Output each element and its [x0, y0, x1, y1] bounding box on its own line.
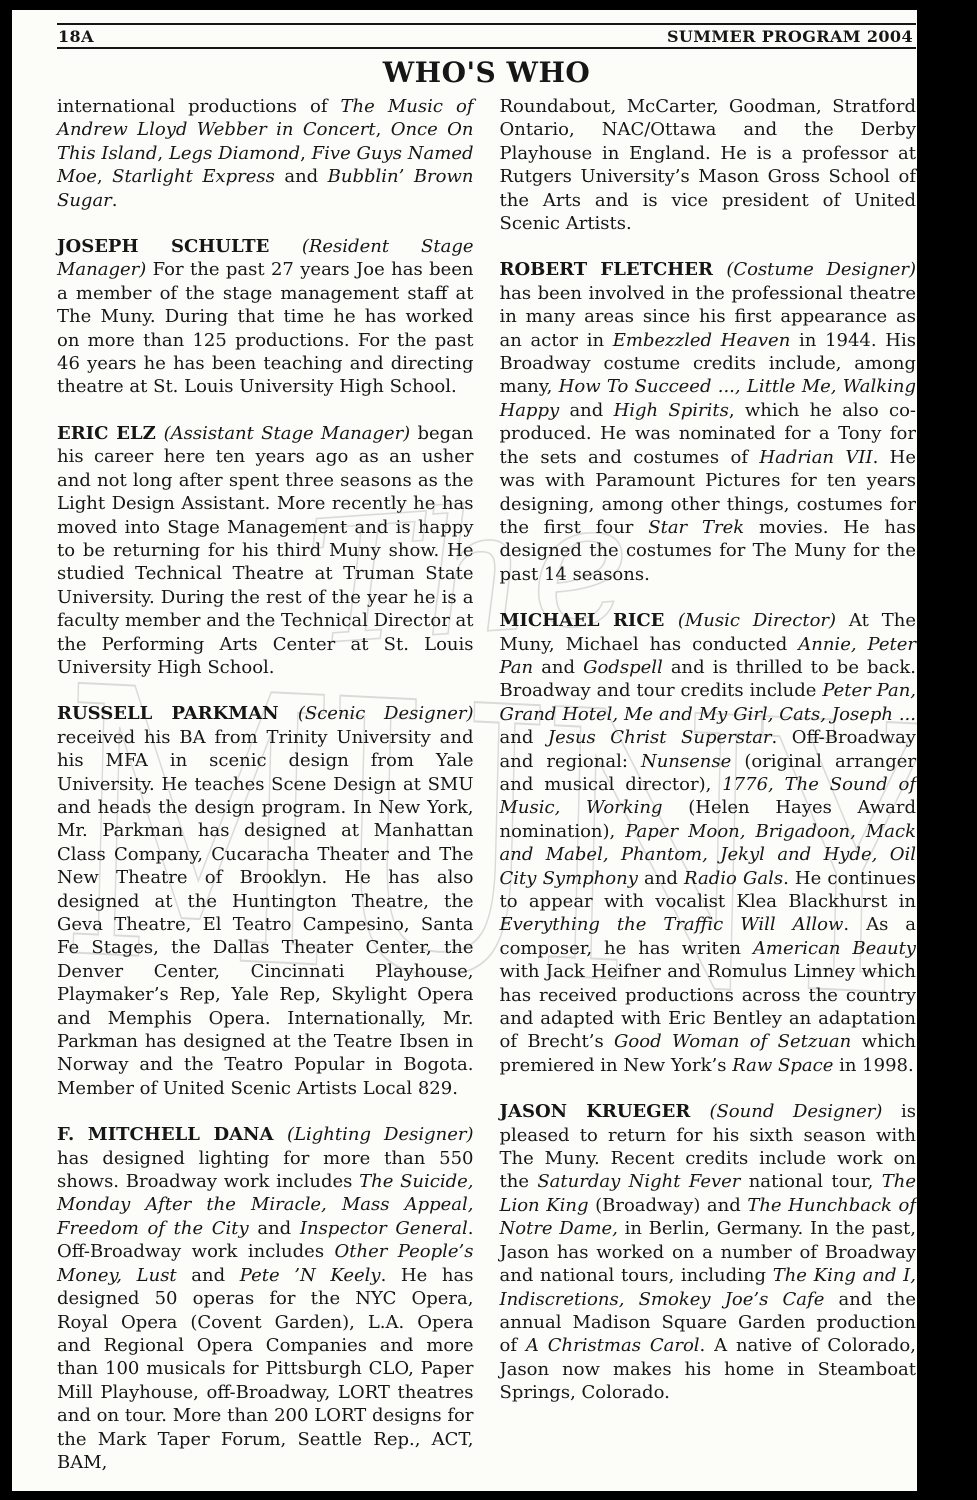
bio-joseph-schulte: JOSEPH SCHULTE (Resident Stage Manager) …: [57, 235, 474, 399]
bio-eric-elz: ERIC ELZ (Assistant Stage Manager) began…: [57, 422, 474, 679]
left-column: international productions of The Music o…: [57, 95, 474, 1491]
program-title: SUMMER PROGRAM 2004: [667, 27, 913, 46]
bio-columns: international productions of The Music o…: [57, 95, 916, 1491]
right-column: Roundabout, McCarter, Goodman, Stratford…: [500, 95, 917, 1491]
bio-f-mitchell-dana: F. MITCHELL DANA (Lighting Designer) has…: [57, 1123, 474, 1474]
bio-robert-fletcher: ROBERT FLETCHER (Costume Designer) has b…: [500, 258, 917, 586]
page-header: 18A SUMMER PROGRAM 2004: [57, 23, 916, 49]
bio-jason-krueger: JASON KRUEGER (Sound Designer) is please…: [500, 1100, 917, 1404]
bio-michael-rice: MICHAEL RICE (Music Director) At The Mun…: [500, 609, 917, 1077]
bio-continuation-right: Roundabout, McCarter, Goodman, Stratford…: [500, 95, 917, 235]
page-title: WHO'S WHO: [57, 56, 916, 89]
bio-continuation-left: international productions of The Music o…: [57, 95, 474, 212]
program-page: The MUNY 18A SUMMER PROGRAM 2004 WHO'S W…: [12, 10, 917, 1491]
page-number: 18A: [58, 27, 94, 46]
bio-russell-parkman: RUSSELL PARKMAN (Scenic Designer) receiv…: [57, 702, 474, 1100]
